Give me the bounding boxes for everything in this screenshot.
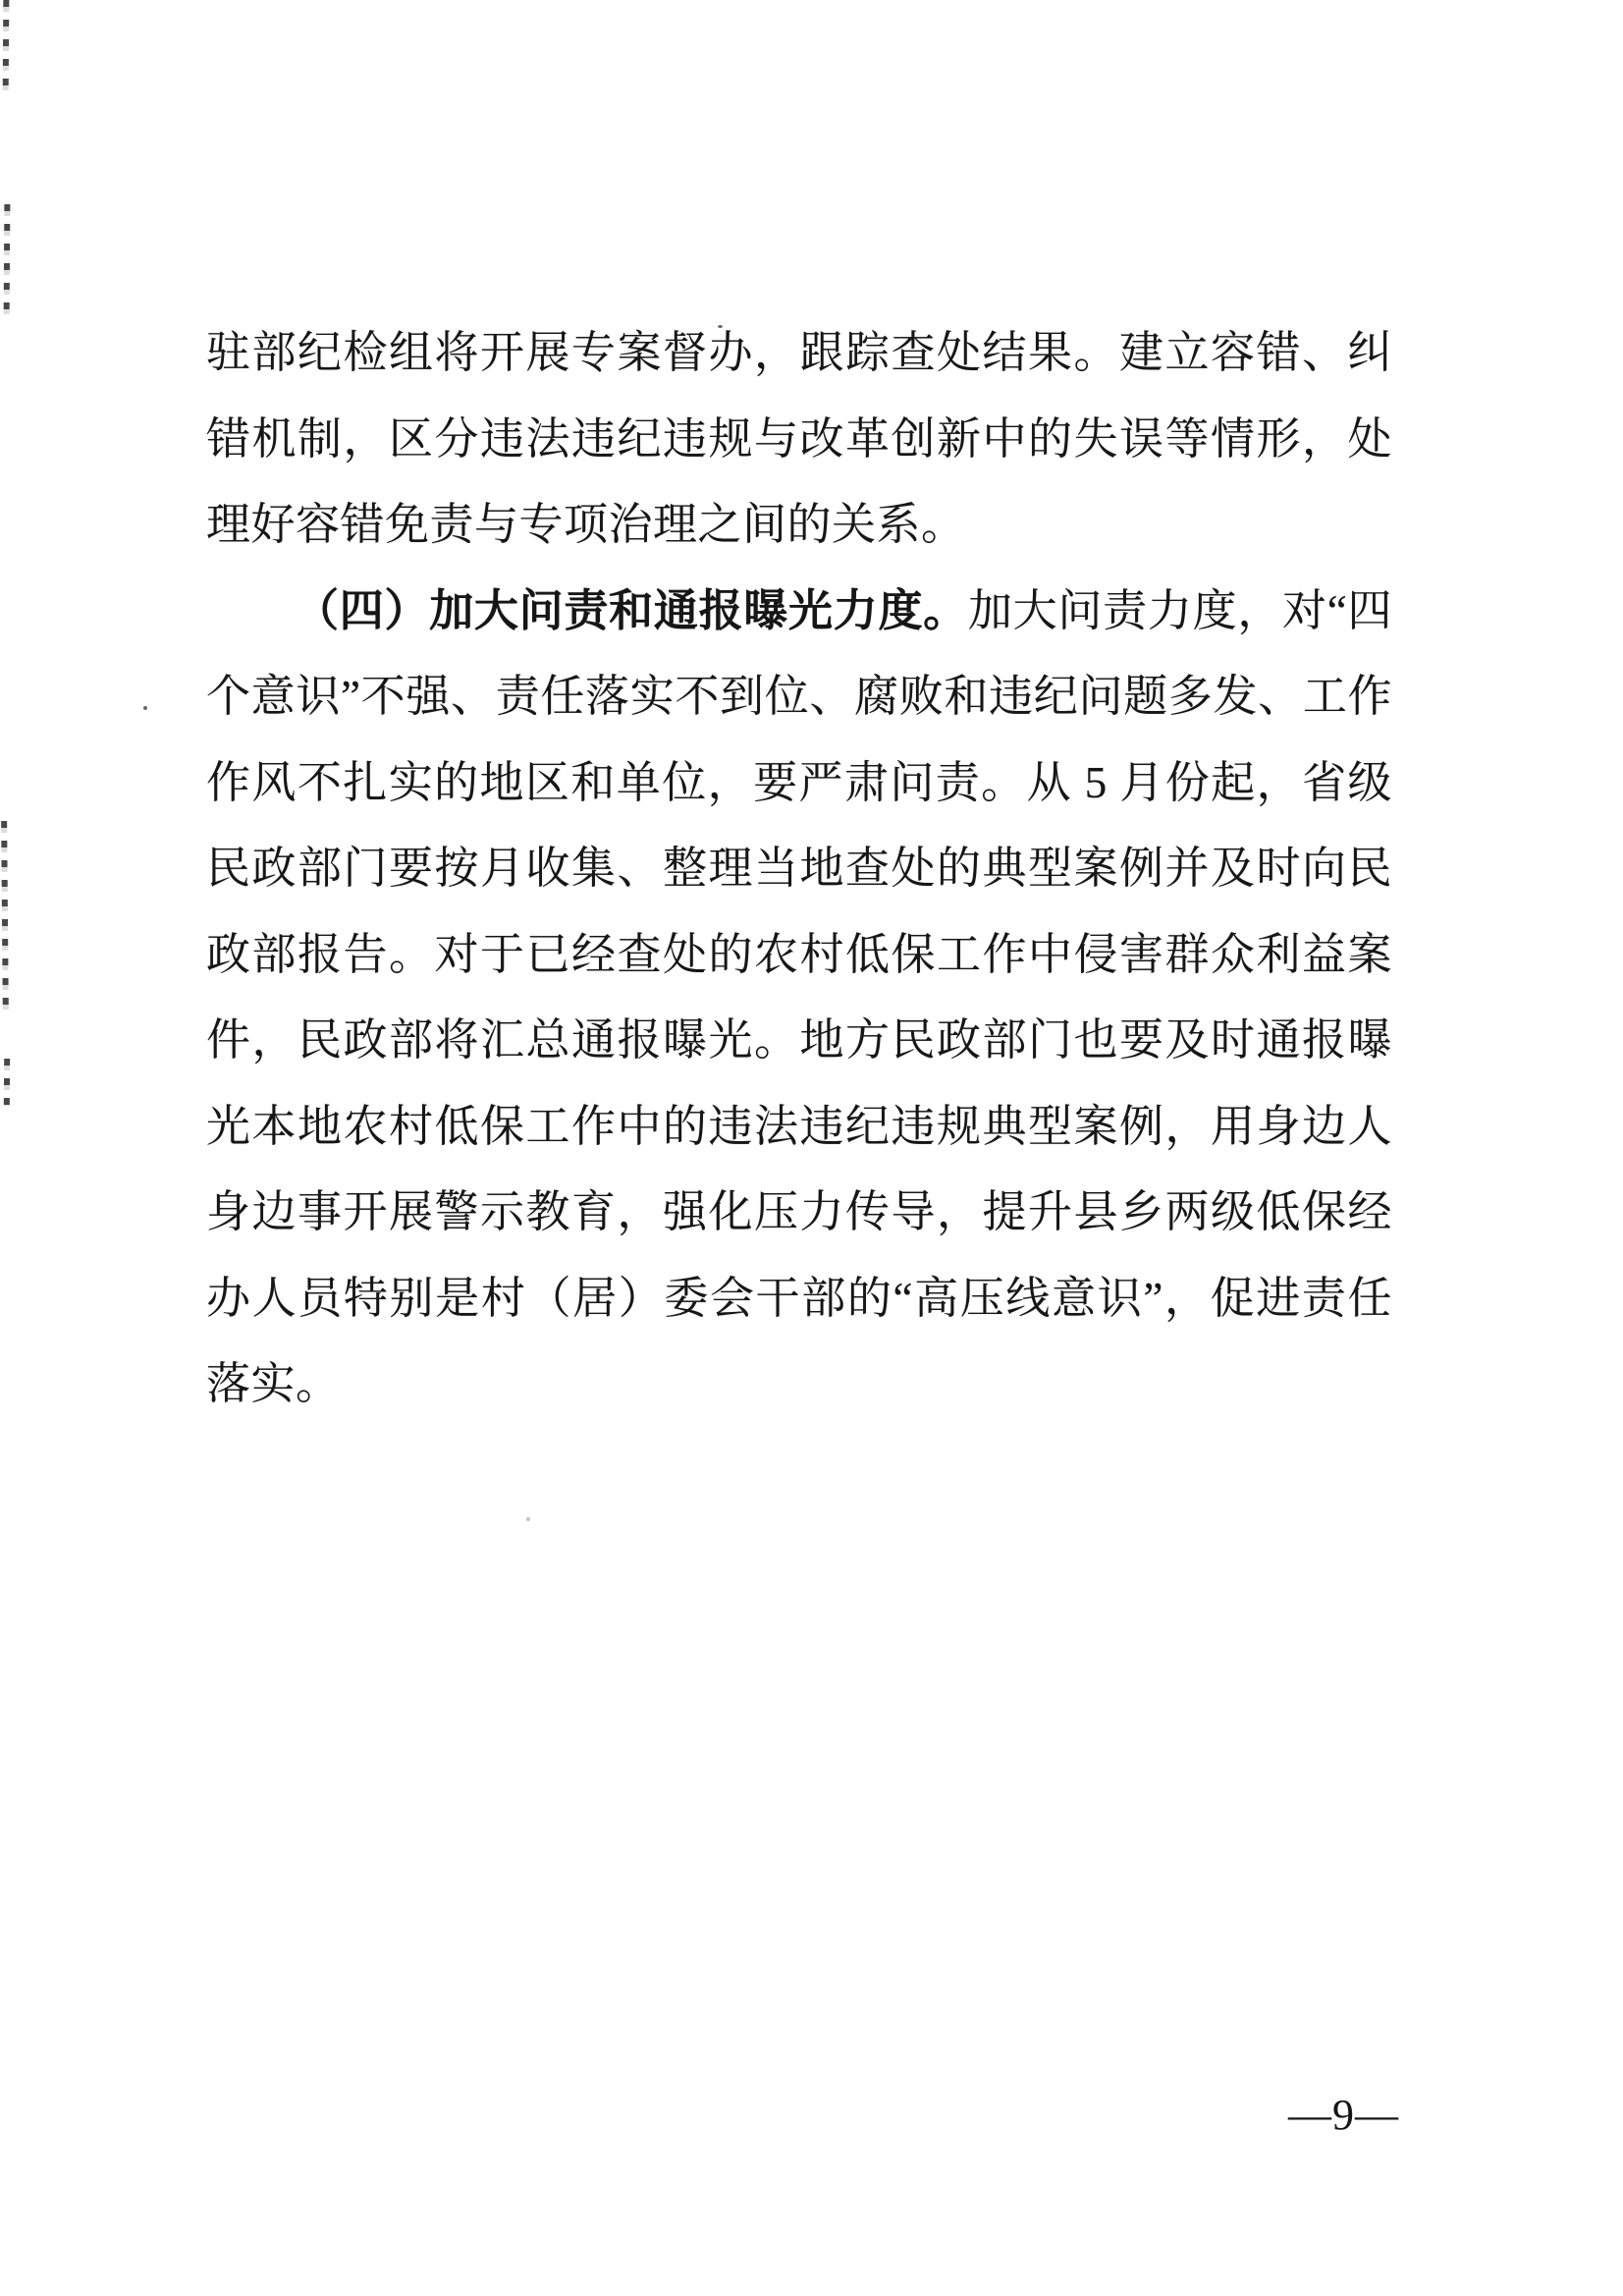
document-body: 驻部纪检组将开展专案督办，跟踪查处结果。建立容错、纠错机制，区分违法违纪违规与改… [206,310,1392,1428]
document-page: 驻部纪检组将开展专案督办，跟踪查处结果。建立容错、纠错机制，区分违法违纪违规与改… [0,0,1623,2296]
scan-edge-artifact [4,204,11,316]
scan-edge-artifact [1,821,9,1017]
page-number: —9— [1288,2090,1399,2140]
paragraph-text: 驻部纪检组将开展专案督办，跟踪查处结果。建立容错、纠错机制，区分违法违纪违规与改… [206,328,1392,549]
section-heading: （四）加大问责和通报曝光力度。 [295,586,968,635]
scan-edge-artifact [4,1059,10,1106]
scan-edge-artifact [3,0,10,94]
paragraph-section-four: （四）加大问责和通报曝光力度。加大问责力度，对“四个意识”不强、责任落实不到位、… [206,569,1392,1428]
paragraph-text: 加大问责力度，对“四个意识”不强、责任落实不到位、腐败和违纪问题多发、工作作风不… [206,586,1392,1409]
scan-speck [526,1517,530,1521]
scan-speck [143,706,147,710]
paragraph-continuation: 驻部纪检组将开展专案督办，跟踪查处结果。建立容错、纠错机制，区分违法违纪违规与改… [206,310,1392,569]
